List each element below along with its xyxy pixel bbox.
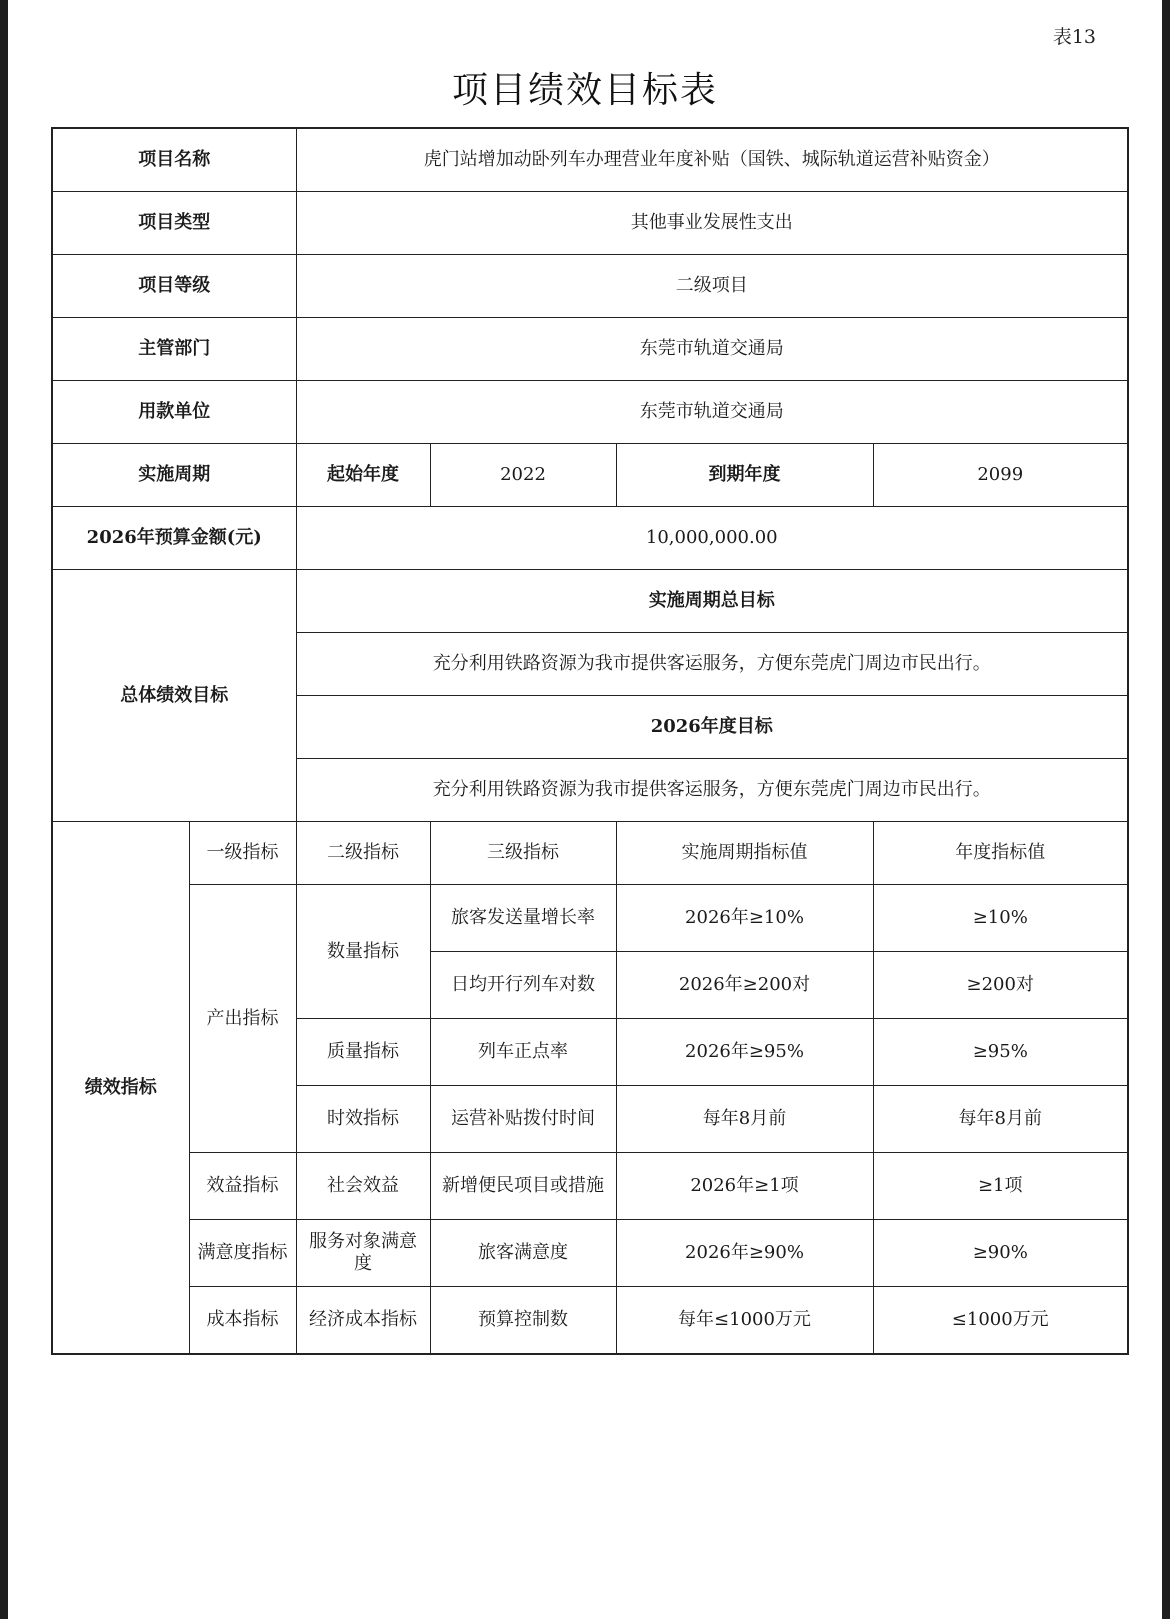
table-row: 效益指标 社会效益 新增便民项目或措施 2026年≥1项 ≥1项 — [52, 1153, 1128, 1220]
page-label: 表13 — [1053, 22, 1096, 49]
row-funding-unit: 用款单位 东莞市轨道交通局 — [52, 381, 1128, 444]
header-level3: 三级指标 — [430, 822, 616, 885]
year-value-cell: ≤1000万元 — [873, 1287, 1128, 1355]
level2-quality: 质量指标 — [296, 1019, 430, 1086]
level3-cell: 预算控制数 — [430, 1287, 616, 1355]
row-budget: 2026年预算金额(元) 10,000,000.00 — [52, 507, 1128, 570]
budget-label: 2026年预算金额(元) — [52, 507, 296, 570]
period-value-cell: 2026年≥200对 — [616, 952, 873, 1019]
level2-service: 服务对象满意度 — [296, 1220, 430, 1287]
row-project-type: 项目类型 其他事业发展性支出 — [52, 192, 1128, 255]
project-level-value: 二级项目 — [296, 255, 1128, 318]
department-value: 东莞市轨道交通局 — [296, 318, 1128, 381]
project-level-label: 项目等级 — [52, 255, 296, 318]
row-project-level: 项目等级 二级项目 — [52, 255, 1128, 318]
level3-cell: 列车正点率 — [430, 1019, 616, 1086]
year-goal-text: 充分利用铁路资源为我市提供客运服务，方便东莞虎门周边市民出行。 — [296, 759, 1128, 822]
period-goal-text: 充分利用铁路资源为我市提供客运服务，方便东莞虎门周边市民出行。 — [296, 633, 1128, 696]
level2-timeliness: 时效指标 — [296, 1086, 430, 1153]
start-year-label: 起始年度 — [296, 444, 430, 507]
row-indicator-header: 绩效指标 一级指标 二级指标 三级指标 实施周期指标值 年度指标值 — [52, 822, 1128, 885]
year-value-cell: ≥95% — [873, 1019, 1128, 1086]
level3-cell: 日均开行列车对数 — [430, 952, 616, 1019]
project-name-value: 虎门站增加动卧列车办理营业年度补贴（国铁、城际轨道运营补贴资金） — [296, 128, 1128, 192]
level3-cell: 新增便民项目或措施 — [430, 1153, 616, 1220]
department-label: 主管部门 — [52, 318, 296, 381]
row-project-name: 项目名称 虎门站增加动卧列车办理营业年度补贴（国铁、城际轨道运营补贴资金） — [52, 128, 1128, 192]
start-year-value: 2022 — [430, 444, 616, 507]
year-value-cell: ≥90% — [873, 1220, 1128, 1287]
left-edge-border — [0, 0, 8, 1619]
table-row: 满意度指标 服务对象满意度 旅客满意度 2026年≥90% ≥90% — [52, 1220, 1128, 1287]
budget-value: 10,000,000.00 — [296, 507, 1128, 570]
table-row: 成本指标 经济成本指标 预算控制数 每年≤1000万元 ≤1000万元 — [52, 1287, 1128, 1355]
level1-benefit: 效益指标 — [189, 1153, 296, 1220]
header-period-value: 实施周期指标值 — [616, 822, 873, 885]
period-value-cell: 2026年≥90% — [616, 1220, 873, 1287]
project-type-label: 项目类型 — [52, 192, 296, 255]
project-name-label: 项目名称 — [52, 128, 296, 192]
year-value-cell: 每年8月前 — [873, 1086, 1128, 1153]
overall-goal-label: 总体绩效目标 — [52, 570, 296, 822]
period-goal-title: 实施周期总目标 — [296, 570, 1128, 633]
right-edge-border — [1162, 0, 1170, 1619]
row-period: 实施周期 起始年度 2022 到期年度 2099 — [52, 444, 1128, 507]
level1-cost: 成本指标 — [189, 1287, 296, 1355]
header-level1: 一级指标 — [189, 822, 296, 885]
period-value-cell: 每年≤1000万元 — [616, 1287, 873, 1355]
end-year-label: 到期年度 — [616, 444, 873, 507]
header-level2: 二级指标 — [296, 822, 430, 885]
row-goal-period-title: 总体绩效目标 实施周期总目标 — [52, 570, 1128, 633]
table-row: 产出指标 数量指标 旅客发送量增长率 2026年≥10% ≥10% — [52, 885, 1128, 952]
level2-social: 社会效益 — [296, 1153, 430, 1220]
period-value-cell: 2026年≥10% — [616, 885, 873, 952]
level1-satisfaction: 满意度指标 — [189, 1220, 296, 1287]
level1-output: 产出指标 — [189, 885, 296, 1153]
indicators-label: 绩效指标 — [52, 822, 189, 1355]
level3-cell: 旅客发送量增长率 — [430, 885, 616, 952]
level3-cell: 运营补贴拨付时间 — [430, 1086, 616, 1153]
funding-unit-label: 用款单位 — [52, 381, 296, 444]
year-value-cell: ≥200对 — [873, 952, 1128, 1019]
year-goal-title: 2026年度目标 — [296, 696, 1128, 759]
period-value-cell: 2026年≥1项 — [616, 1153, 873, 1220]
page-title: 项目绩效目标表 — [0, 62, 1170, 113]
period-label: 实施周期 — [52, 444, 296, 507]
header-year-value: 年度指标值 — [873, 822, 1128, 885]
funding-unit-value: 东莞市轨道交通局 — [296, 381, 1128, 444]
period-value-cell: 2026年≥95% — [616, 1019, 873, 1086]
period-value-cell: 每年8月前 — [616, 1086, 873, 1153]
performance-target-table: 项目名称 虎门站增加动卧列车办理营业年度补贴（国铁、城际轨道运营补贴资金） 项目… — [51, 127, 1129, 1355]
end-year-value: 2099 — [873, 444, 1128, 507]
year-value-cell: ≥1项 — [873, 1153, 1128, 1220]
level3-cell: 旅客满意度 — [430, 1220, 616, 1287]
year-value-cell: ≥10% — [873, 885, 1128, 952]
level2-econ-cost: 经济成本指标 — [296, 1287, 430, 1355]
project-type-value: 其他事业发展性支出 — [296, 192, 1128, 255]
row-department: 主管部门 东莞市轨道交通局 — [52, 318, 1128, 381]
level2-quantity: 数量指标 — [296, 885, 430, 1019]
